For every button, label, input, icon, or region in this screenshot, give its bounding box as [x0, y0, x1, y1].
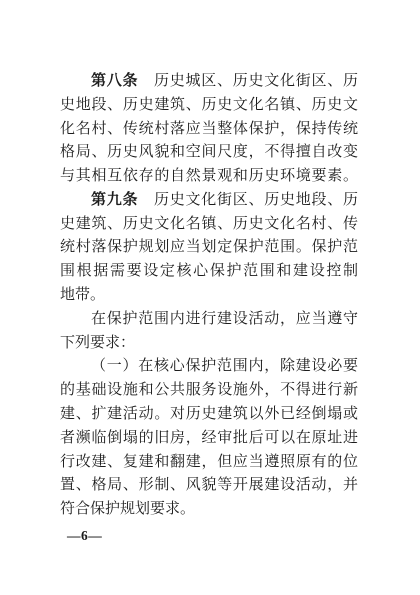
paragraph-article-9: 第九条 历史文化街区、历史地段、历史建筑、历史文化名镇、历史文化名村、传统村落保… — [60, 189, 358, 308]
text-line: 第九条 历史文化街区、历史地段、历 — [60, 189, 358, 213]
text-line: 行改建、复建和翻建，但应当遵照原有的位 — [60, 451, 358, 475]
text-segment: 化名村、传统村落应当整体保护，保持传统 — [60, 121, 358, 137]
text-segment: 行改建、复建和翻建，但应当遵照原有的位 — [60, 454, 358, 470]
text-segment: 建、扩建活动。对历史建筑以外已经倒塌或 — [60, 406, 358, 422]
article-heading: 第八条 — [91, 73, 138, 89]
text-line: 围根据需要设定核心保护范围和建设控制 — [60, 260, 358, 284]
text-segment: 地带。 — [60, 287, 105, 303]
text-segment: 的基础设施和公共服务设施外，不得进行新 — [60, 382, 358, 398]
text-segment: 历史城区、历史文化街区、历 — [138, 73, 358, 89]
text-line: 置、格局、形制、风貌等开展建设活动，并 — [60, 474, 358, 498]
text-segment: 在保护范围内进行建设活动，应当遵守 — [91, 311, 358, 327]
text-segment: 统村落保护规划应当划定保护范围。保护范 — [60, 239, 358, 255]
text-line: 的基础设施和公共服务设施外，不得进行新 — [60, 379, 358, 403]
text-line: 史建筑、历史文化名镇、历史文化名村、传 — [60, 213, 358, 237]
article-heading: 第九条 — [91, 192, 138, 208]
text-line: 建、扩建活动。对历史建筑以外已经倒塌或 — [60, 403, 358, 427]
text-segment: 史建筑、历史文化名镇、历史文化名村、传 — [60, 216, 358, 232]
text-segment: 格局、历史风貌和空间尺度，不得擅自改变 — [60, 144, 358, 160]
text-segment: 置、格局、形制、风貌等开展建设活动，并 — [60, 477, 358, 493]
text-segment: 符合保护规划要求。 — [60, 501, 195, 517]
text-line: 史地段、历史建筑、历史文化名镇、历史文 — [60, 94, 358, 118]
text-line: 化名村、传统村落应当整体保护，保持传统 — [60, 118, 358, 142]
text-segment: 围根据需要设定核心保护范围和建设控制 — [60, 263, 358, 279]
text-line: 者濒临倒塌的旧房，经审批后可以在原址进 — [60, 427, 358, 451]
text-segment: 者濒临倒塌的旧房，经审批后可以在原址进 — [60, 430, 358, 446]
text-segment: 历史文化街区、历史地段、历 — [138, 192, 358, 208]
document-body: 第八条 历史城区、历史文化街区、历史地段、历史建筑、历史文化名镇、历史文化名村、… — [60, 70, 358, 522]
text-segment: 史地段、历史建筑、历史文化名镇、历史文 — [60, 97, 358, 113]
text-line: 在保护范围内进行建设活动，应当遵守 — [60, 308, 358, 332]
document-page: 第八条 历史城区、历史文化街区、历史地段、历史建筑、历史文化名镇、历史文化名村、… — [0, 0, 420, 595]
paragraph-item-1: （一）在核心保护范围内，除建设必要的基础设施和公共服务设施外，不得进行新建、扩建… — [60, 355, 358, 521]
text-line: （一）在核心保护范围内，除建设必要 — [60, 355, 358, 379]
paragraph-requirements-intro: 在保护范围内进行建设活动，应当遵守下列要求： — [60, 308, 358, 356]
text-line: 统村落保护规划应当划定保护范围。保护范 — [60, 236, 358, 260]
text-segment: 与其相互依存的自然景观和历史环境要素。 — [60, 168, 358, 184]
text-line: 地带。 — [60, 284, 358, 308]
text-line: 符合保护规划要求。 — [60, 498, 358, 522]
text-line: 下列要求： — [60, 332, 358, 356]
page-number: —6— — [67, 528, 102, 544]
text-segment: （一）在核心保护范围内，除建设必要 — [91, 358, 358, 374]
text-line: 第八条 历史城区、历史文化街区、历 — [60, 70, 358, 94]
text-line: 格局、历史风貌和空间尺度，不得擅自改变 — [60, 141, 358, 165]
paragraph-article-8: 第八条 历史城区、历史文化街区、历史地段、历史建筑、历史文化名镇、历史文化名村、… — [60, 70, 358, 189]
text-line: 与其相互依存的自然景观和历史环境要素。 — [60, 165, 358, 189]
text-segment: 下列要求： — [60, 335, 135, 351]
